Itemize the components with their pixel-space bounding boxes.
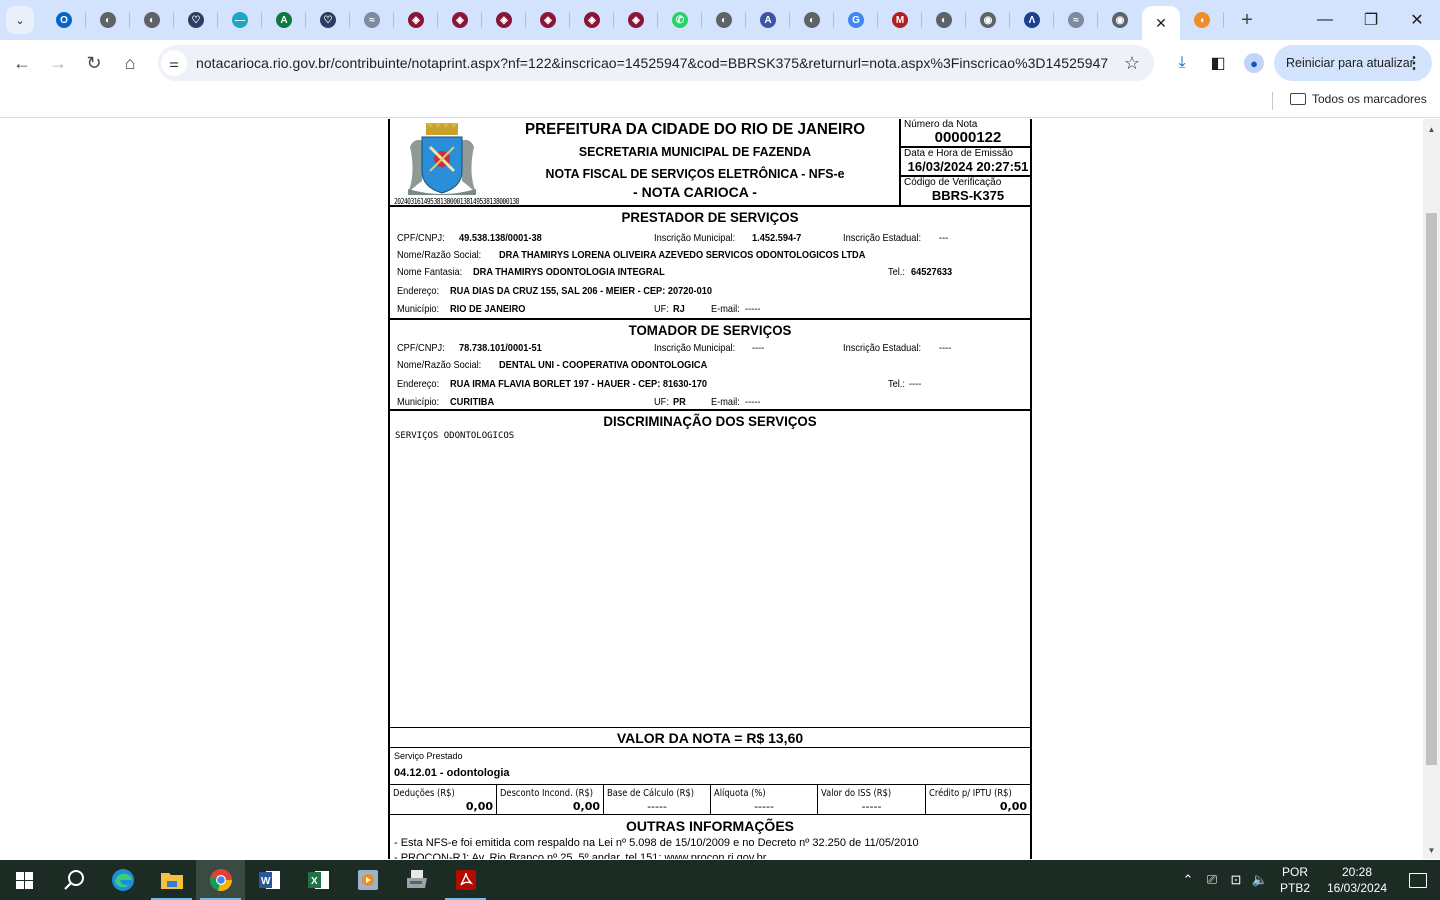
browser-tab[interactable]: M — [878, 0, 922, 40]
tax-cell: Deduções (R$)0,00 — [390, 785, 497, 814]
prestador-ie: --- — [939, 232, 948, 244]
arrow-right-icon: → — [49, 53, 67, 74]
tomador-endereco-label: Endereço: — [397, 378, 439, 390]
vertical-scrollbar[interactable]: ▲ ▼ — [1423, 119, 1440, 859]
prestador-section: PRESTADOR DE SERVIÇOS CPF/CNPJ: 49.538.1… — [390, 207, 1030, 320]
tooth-icon: ♡ — [320, 12, 336, 28]
discriminacao-text: SERVIÇOS ODONTOLOGICOS — [390, 431, 1030, 727]
minimize-button[interactable]: — — [1302, 0, 1348, 40]
restore-icon: ❐ — [1364, 10, 1378, 30]
tomador-row-municipio: Município: CURITIBA UF: PR E-mail: ----- — [390, 394, 1030, 411]
browser-tab[interactable]: ◈ — [482, 0, 526, 40]
lang-bottom: PTB2 — [1278, 880, 1312, 896]
numero-value: 00000122 — [904, 130, 1032, 145]
small-logo-icon: ≈ — [364, 12, 380, 28]
prestador-cnpj: 49.538.138/0001-38 — [459, 232, 542, 244]
chrome-icon — [209, 868, 233, 892]
browser-tab[interactable]: ◐ — [922, 0, 966, 40]
browser-tab[interactable]: ≈ — [350, 0, 394, 40]
prestador-municipio-label: Município: — [397, 303, 439, 315]
tomador-uf-label: UF: — [654, 396, 669, 408]
tax-cell: Desconto Incond. (R$)0,00 — [497, 785, 604, 814]
prestador-endereco-label: Endereço: — [397, 285, 439, 297]
taskbar-word[interactable]: W — [245, 860, 294, 900]
page-viewport: 20240316149538138000138149538138000138 P… — [0, 119, 1440, 859]
download-icon: ⤓ — [1178, 54, 1185, 72]
windows-taskbar: W X ⌃ ⎚ ⊡ 🔈 POR PTB2 20:28 16/03/2024 — [0, 860, 1440, 900]
browser-tab[interactable]: A — [746, 0, 790, 40]
tax-cell: Alíquota (%)----- — [711, 785, 818, 814]
outlook-icon: O — [56, 12, 72, 28]
tomador-tel-label: Tel.: — [888, 378, 905, 390]
nfse-document: 20240316149538138000138149538138000138 P… — [388, 119, 1032, 859]
taskbar-edge[interactable] — [98, 860, 147, 900]
profile-button[interactable]: ● — [1236, 45, 1272, 81]
teal-app-icon: — — [232, 12, 248, 28]
servico-prestado: Serviço Prestado 04.12.01 - odontologia — [390, 748, 1030, 785]
svg-text:X: X — [311, 876, 318, 887]
reload-icon: ↻ — [86, 53, 101, 74]
prestador-razao-label: Nome/Razão Social: — [397, 249, 481, 261]
menu-dots-icon[interactable]: ⋮ — [1406, 53, 1422, 73]
prestador-tel-label: Tel.: — [888, 266, 905, 278]
prestador-row-fantasia: Nome Fantasia: DRA THAMIRYS ODONTOLOGIA … — [390, 264, 1030, 281]
site-info-button[interactable]: ⚌ — [161, 50, 187, 76]
svg-text:W: W — [261, 876, 271, 887]
globe-icon: ◐ — [804, 12, 820, 28]
browser-tab[interactable]: ♡ — [174, 0, 218, 40]
browser-tab[interactable]: ♡ — [306, 0, 350, 40]
data-emissao-value: 16/03/2024 20:27:51 — [904, 159, 1032, 174]
browser-tab[interactable]: ◖ — [1180, 0, 1224, 40]
prestador-row-endereco: Endereço: RUA DIAS DA CRUZ 155, SAL 206 … — [390, 281, 1030, 301]
target-icon: ◈ — [540, 12, 556, 28]
tomador-municipio: CURITIBA — [450, 396, 494, 408]
window-controls: — ❐ ✕ — [1302, 0, 1440, 40]
browser-tab[interactable]: ◈ — [394, 0, 438, 40]
printer-icon — [405, 869, 429, 891]
url-text[interactable]: notacarioca.rio.gov.br/contribuinte/nota… — [196, 55, 1108, 71]
browser-tab[interactable]: ◐ — [702, 0, 746, 40]
tomador-email-label: E-mail: — [711, 396, 740, 408]
scrollbar-thumb[interactable] — [1426, 213, 1437, 765]
prestador-email-label: E-mail: — [711, 303, 740, 315]
tomador-email: ----- — [745, 396, 760, 408]
browser-tab[interactable]: ◈ — [526, 0, 570, 40]
globe-icon: ◐ — [716, 12, 732, 28]
side-panel-button[interactable]: ◧ — [1200, 45, 1236, 81]
tomador-municipio-label: Município: — [397, 396, 439, 408]
outras-line-2: - PROCON-RJ: Av. Rio Branco nº 25, 5º an… — [390, 851, 1030, 859]
note-id-box: Número da Nota 00000122 Data e Hora de E… — [899, 119, 1032, 207]
rio-coat-of-arms-icon — [404, 123, 480, 197]
tomador-razao: DENTAL UNI - COOPERATIVA ODONTOLOGICA — [499, 359, 707, 371]
tax-label: Deduções (R$) — [393, 785, 484, 799]
tomador-im-label: Inscrição Municipal: — [654, 342, 735, 354]
back-button[interactable]: ← — [4, 45, 40, 81]
edge-icon — [111, 868, 135, 892]
system-tray: ⌃ ⎚ ⊡ 🔈 POR PTB2 20:28 16/03/2024 — [1176, 860, 1440, 900]
target-icon: ◈ — [628, 12, 644, 28]
taskbar-fax[interactable] — [392, 860, 441, 900]
prestador-cnpj-label: CPF/CNPJ: — [397, 232, 445, 244]
tomador-cnpj-label: CPF/CNPJ: — [397, 342, 445, 354]
browser-tab[interactable]: — — [218, 0, 262, 40]
restore-button[interactable]: ❐ — [1348, 0, 1394, 40]
tomador-row-endereco: Endereço: RUA IRMA FLAVIA BORLET 197 - H… — [390, 374, 1030, 394]
prestador-fantasia: DRA THAMIRYS ODONTOLOGIA INTEGRAL — [473, 266, 665, 278]
all-bookmarks-label: Todos os marcadores — [1312, 92, 1427, 106]
browser-tab[interactable]: ✆ — [658, 0, 702, 40]
prestador-row-razao: Nome/Razão Social: DRA THAMIRYS LORENA O… — [390, 247, 1030, 264]
green-app-icon: A — [276, 12, 292, 28]
globe-icon: ◐ — [936, 12, 952, 28]
tax-table: Deduções (R$)0,00Desconto Incond. (R$)0,… — [390, 785, 1030, 815]
prestador-row-municipio: Município: RIO DE JANEIRO UF: RJ E-mail:… — [390, 301, 1030, 318]
home-icon: ⌂ — [125, 53, 136, 74]
folder-icon — [160, 870, 184, 890]
prestador-title: PRESTADOR DE SERVIÇOS — [406, 207, 1014, 227]
globe-icon: ◐ — [100, 12, 116, 28]
prestador-razao: DRA THAMIRYS LORENA OLIVEIRA AZEVEDO SER… — [499, 249, 865, 261]
target-icon: ◈ — [496, 12, 512, 28]
meet-camera-icon[interactable]: ⎚ — [1200, 872, 1224, 888]
clock-time: 20:28 — [1322, 864, 1392, 880]
google-icon: G — [848, 12, 864, 28]
note-header: 20240316149538138000138149538138000138 P… — [390, 119, 1030, 207]
small-logo-icon: ≈ — [1068, 12, 1084, 28]
tax-label: Desconto Incond. (R$) — [500, 785, 591, 799]
tax-label: Alíquota (%) — [714, 785, 805, 799]
tabs-list: O◐◐♡—A♡≈◈◈◈◈◈◈✆◐A◐GM◐◉Λ≈◉✕◖+ — [42, 0, 1262, 40]
tomador-row-ids: CPF/CNPJ: 78.738.101/0001-51 Inscrição M… — [390, 340, 1030, 357]
start-button[interactable] — [0, 860, 49, 900]
browser-tab[interactable]: ◈ — [570, 0, 614, 40]
whatsapp-icon: ✆ — [672, 12, 688, 28]
close-tab-icon[interactable]: ✕ — [1155, 15, 1167, 32]
browser-tab[interactable]: G — [834, 0, 878, 40]
tune-icon: ⚌ — [169, 57, 179, 70]
valor-da-nota: VALOR DA NOTA = R$ 13,60 — [390, 728, 1030, 748]
prefeitura-title: PREFEITURA DA CIDADE DO RIO DE JANEIRO — [500, 121, 890, 139]
tax-cell: Crédito p/ IPTU (R$)0,00 — [926, 785, 1030, 814]
taskbar-file-explorer[interactable] — [147, 860, 196, 900]
prestador-uf-label: UF: — [654, 303, 669, 315]
restart-to-update-button[interactable]: Reiniciar para atualizar ⋮ — [1274, 45, 1432, 81]
chevron-up-icon[interactable]: ⌃ — [1176, 872, 1200, 888]
jmat-icon: M — [892, 12, 908, 28]
scroll-up-arrow-icon[interactable]: ▲ — [1423, 121, 1440, 138]
browser-tab[interactable]: ◈ — [614, 0, 658, 40]
browser-tab[interactable]: Λ — [1010, 0, 1054, 40]
orange-logo-icon: ◖ — [1194, 12, 1210, 28]
side-panel-icon: ◧ — [1210, 53, 1225, 73]
tax-value: ----- — [604, 800, 710, 813]
taskbar-acrobat[interactable] — [441, 860, 490, 900]
downloads-button[interactable]: ⤓ — [1164, 45, 1200, 81]
discriminacao-section: DISCRIMINAÇÃO DOS SERVIÇOS SERVIÇOS ODON… — [390, 411, 1030, 728]
search-button[interactable] — [49, 860, 98, 900]
tax-value: ----- — [818, 800, 925, 813]
reload-button[interactable]: ↻ — [76, 45, 112, 81]
secretaria-title: SECRETARIA MUNICIPAL DE FAZENDA — [500, 144, 890, 159]
target-icon: ◈ — [408, 12, 424, 28]
home-button[interactable]: ⌂ — [112, 45, 148, 81]
prestador-ie-label: Inscrição Estadual: — [843, 232, 921, 244]
excel-icon: X — [307, 869, 331, 891]
all-bookmarks-button[interactable]: Todos os marcadores — [1290, 92, 1427, 106]
tomador-cnpj: 78.738.101/0001-51 — [459, 342, 542, 354]
tomador-razao-label: Nome/Razão Social: — [397, 359, 481, 371]
acrobat-icon — [455, 869, 477, 891]
taskbar-media-player[interactable] — [343, 860, 392, 900]
person-logo-icon: Λ — [1024, 12, 1040, 28]
search-icon — [63, 869, 85, 891]
tax-value: 0,00 — [573, 800, 600, 813]
servico-label: Serviço Prestado — [394, 748, 1030, 761]
input-language[interactable]: POR PTB2 — [1278, 864, 1312, 896]
close-icon: ✕ — [1410, 10, 1423, 30]
codigo-cell: Código de Verificação BBRS-K375 — [901, 177, 1032, 206]
tomador-uf: PR — [673, 396, 686, 408]
servico-value: 04.12.01 - odontologia — [394, 767, 1030, 779]
notification-icon — [1409, 873, 1427, 888]
address-bar[interactable]: ⚌ notacarioca.rio.gov.br/contribuinte/no… — [158, 45, 1154, 81]
taskbar-excel[interactable]: X — [294, 860, 343, 900]
lang-top: POR — [1278, 864, 1312, 880]
tomador-ie-label: Inscrição Estadual: — [843, 342, 921, 354]
tax-value: 0,00 — [466, 800, 493, 813]
volume-icon[interactable]: 🔈 — [1248, 872, 1272, 888]
target-icon: ◈ — [452, 12, 468, 28]
tax-value: ----- — [711, 800, 817, 813]
clock-date: 16/03/2024 — [1322, 880, 1392, 896]
tomador-title: TOMADOR DE SERVIÇOS — [406, 320, 1014, 340]
profile-avatar-icon: ● — [1244, 53, 1264, 73]
codigo-label: Código de Verificação — [904, 177, 1032, 188]
new-tab-button[interactable]: + — [1232, 9, 1262, 32]
tab-search-button[interactable]: ⌄ — [6, 6, 34, 34]
prestador-tel: 64527633 — [911, 266, 952, 278]
browser-tab[interactable]: ◉ — [966, 0, 1010, 40]
taskbar-chrome[interactable] — [196, 860, 245, 900]
tax-value: 0,00 — [1000, 800, 1027, 813]
chrome-gray-icon: ◉ — [980, 12, 996, 28]
bookmark-star-icon[interactable]: ☆ — [1124, 53, 1140, 74]
notifications-button[interactable] — [1396, 873, 1440, 888]
update-label: Reiniciar para atualizar — [1286, 56, 1414, 70]
browser-tab[interactable]: ◐ — [790, 0, 834, 40]
prestador-municipio: RIO DE JANEIRO — [450, 303, 525, 315]
prestador-im: 1.452.594-7 — [752, 232, 801, 244]
nfse-title: NOTA FISCAL DE SERVIÇOS ELETRÔNICA - NFS… — [500, 166, 890, 181]
browser-tab[interactable]: ◈ — [438, 0, 482, 40]
tomador-endereco: RUA IRMA FLAVIA BORLET 197 - HAUER - CEP… — [450, 378, 707, 390]
browser-toolbar: ← → ↻ ⌂ ⚌ notacarioca.rio.gov.br/contrib… — [0, 40, 1440, 86]
bookmarks-bar: Todos os marcadores — [0, 86, 1440, 118]
browser-tab[interactable]: O — [42, 0, 86, 40]
word-icon: W — [258, 869, 282, 891]
tab-strip: ⌄ O◐◐♡—A♡≈◈◈◈◈◈◈✆◐A◐GM◐◉Λ≈◉✕◖+ — ❐ ✕ — [0, 0, 1440, 40]
outras-informacoes-title: OUTRAS INFORMAÇÕES — [390, 816, 1030, 836]
numero-cell: Número da Nota 00000122 — [901, 119, 1032, 148]
tomador-ie: ---- — [939, 342, 951, 354]
browser-tab[interactable]: ◐ — [86, 0, 130, 40]
close-window-button[interactable]: ✕ — [1394, 0, 1440, 40]
windows-icon — [16, 872, 33, 889]
folder-icon — [1290, 93, 1306, 105]
bookmarks-divider — [1272, 92, 1273, 110]
data-emissao-cell: Data e Hora de Emissão 16/03/2024 20:27:… — [901, 148, 1032, 177]
globe-icon: ◐ — [144, 12, 160, 28]
data-emissao-label: Data e Hora de Emissão — [904, 148, 1032, 159]
forward-button[interactable]: → — [40, 45, 76, 81]
network-icon[interactable]: ⊡ — [1224, 872, 1248, 888]
tax-cell: Valor do ISS (R$)----- — [818, 785, 926, 814]
browser-tab[interactable]: A — [262, 0, 306, 40]
prestador-endereco: RUA DIAS DA CRUZ 155, SAL 206 - MEIER - … — [450, 285, 712, 297]
prestador-uf: RJ — [673, 303, 685, 315]
browser-tab[interactable]: ◉ — [1098, 0, 1142, 40]
scroll-down-arrow-icon[interactable]: ▼ — [1423, 842, 1440, 859]
outras-line-1: - Esta NFS-e foi emitida com respaldo na… — [390, 836, 1030, 851]
tooth-icon: ♡ — [188, 12, 204, 28]
discriminacao-title: DISCRIMINAÇÃO DOS SERVIÇOS — [406, 411, 1014, 431]
blue-red-logo-icon: A — [760, 12, 776, 28]
prestador-fantasia-label: Nome Fantasia: — [397, 266, 462, 278]
browser-tab[interactable]: ≈ — [1054, 0, 1098, 40]
media-player-icon — [357, 869, 379, 891]
header-titles: PREFEITURA DA CIDADE DO RIO DE JANEIRO S… — [490, 119, 900, 200]
prestador-email: ----- — [745, 303, 760, 315]
tax-cell: Base de Cálculo (R$)----- — [604, 785, 711, 814]
nota-carioca-title: - NOTA CARIOCA - — [490, 184, 900, 200]
tax-label: Valor do ISS (R$) — [821, 785, 913, 799]
tomador-row-razao: Nome/Razão Social: DENTAL UNI - COOPERAT… — [390, 357, 1030, 374]
tomador-tel: ---- — [909, 378, 921, 390]
tax-label: Crédito p/ IPTU (R$) — [929, 785, 1018, 799]
tax-label: Base de Cálculo (R$) — [607, 785, 698, 799]
chevron-down-icon: ⌄ — [15, 14, 24, 27]
arrow-left-icon: ← — [13, 53, 31, 74]
prestador-im-label: Inscrição Municipal: — [654, 232, 735, 244]
tomador-section: TOMADOR DE SERVIÇOS CPF/CNPJ: 78.738.101… — [390, 320, 1030, 411]
prestador-row-ids: CPF/CNPJ: 49.538.138/0001-38 Inscrição M… — [390, 230, 1030, 247]
active-tab[interactable]: ✕ — [1142, 6, 1180, 40]
codigo-value: BBRS-K375 — [904, 188, 1032, 203]
chrome-gray-icon: ◉ — [1112, 12, 1128, 28]
clock[interactable]: 20:28 16/03/2024 — [1322, 864, 1392, 896]
tomador-im: ---- — [752, 342, 764, 354]
minimize-icon: — — [1317, 11, 1333, 29]
browser-tab[interactable]: ◐ — [130, 0, 174, 40]
target-icon: ◈ — [584, 12, 600, 28]
